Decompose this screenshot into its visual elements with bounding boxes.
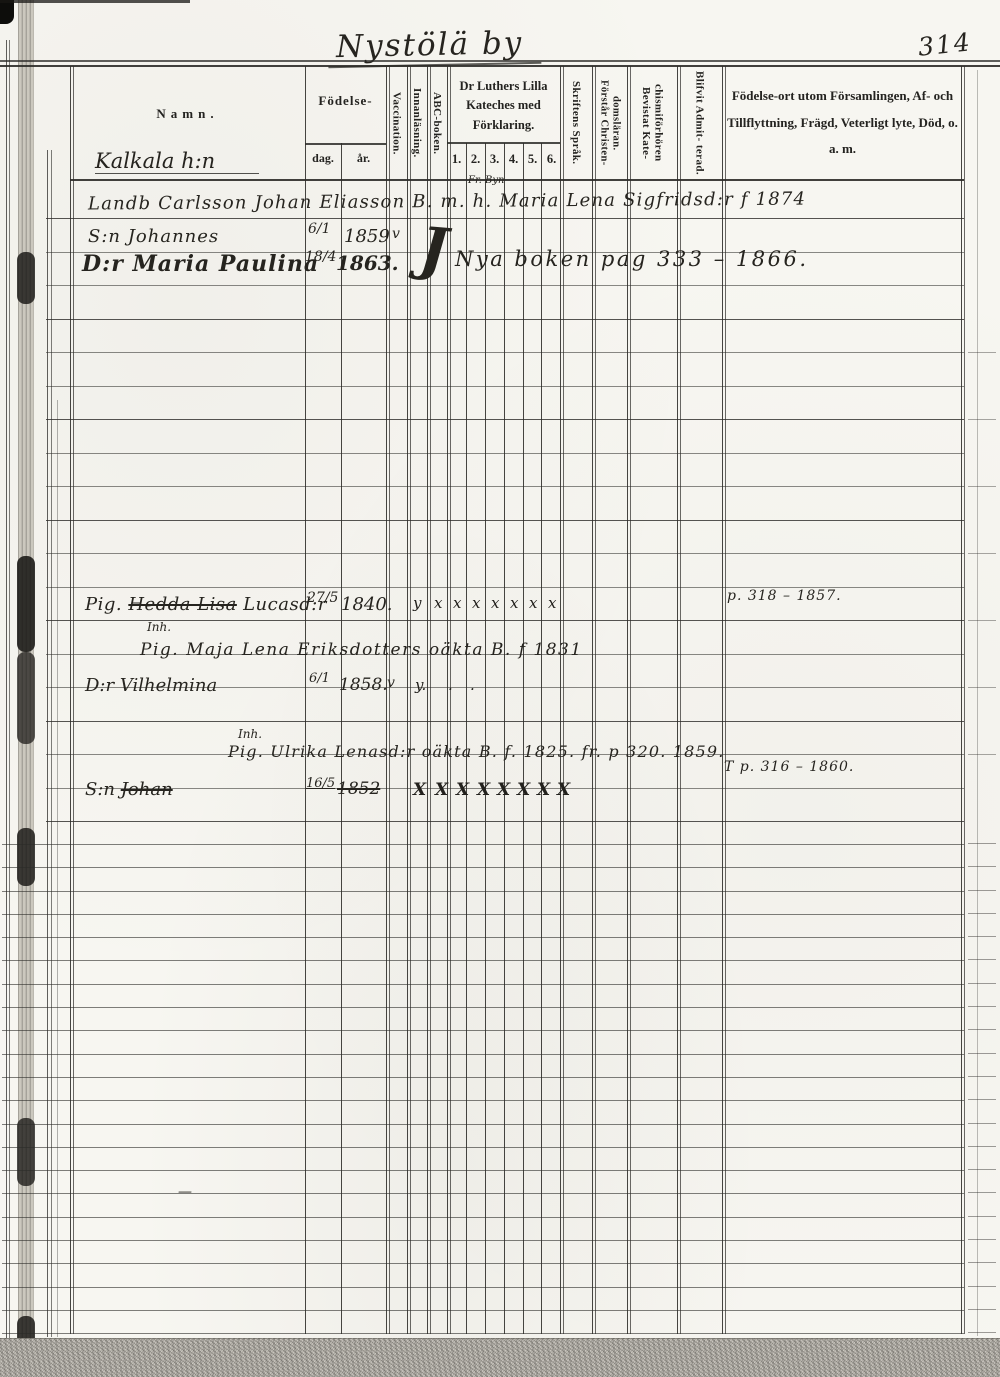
col-header-catechism: Dr Luthers Lilla Kateches med Förklaring… [447,77,560,135]
grid-hline [968,936,996,937]
binding-ink-blot [17,1118,35,1186]
stray-mark: — [178,1184,192,1200]
col-header-scripture: Skriftens Språk. [560,68,592,178]
entry-name: Pig. Maja Lena Eriksdotters oäkta B. f 1… [140,640,583,660]
grid-vline [47,150,48,1337]
grid-hline [968,1099,996,1100]
grade-mark: x [548,594,556,612]
entry-birth-year: 1840. [341,594,393,615]
grid-hline [2,1217,964,1218]
entry-name: D:r Maria Paulina [82,251,319,277]
catechism-col-number: 3. [485,152,504,167]
grid-vline [410,66,411,1334]
pen-flourish: J [418,219,450,279]
entry-birth-day: 16/5 [306,776,335,791]
entry-superscript-note: Fr. Byn [468,175,504,186]
grid-hline [968,890,996,891]
col-header-remarks: Födelse-ort utom Församlingen, Af- och T… [724,83,961,163]
grid-hline [70,179,964,181]
farm-name-entry: Kalkala h:n [95,149,259,174]
entry-birth-year: 1852 [337,779,380,799]
grid-hline [968,1262,996,1263]
grade-mark: X [477,780,490,800]
vaccination-mark: v [387,675,395,691]
grid-hline [46,620,964,621]
grid-hline [968,1006,996,1007]
col-header-attended: Bevistat Kate- chismiförhören [627,68,677,178]
grid-hline [968,1076,996,1077]
catechism-col-number: 2. [466,152,485,167]
grade-mark: x [453,594,461,612]
grid-vline [9,40,10,1340]
grade-mark: . [470,676,475,694]
grade-mark: X [435,780,448,800]
grid-vline [485,143,486,1334]
grid-hline [2,914,964,915]
grid-hline [968,1169,996,1170]
grade-mark: x [510,594,518,612]
grid-hline [968,1123,996,1124]
grade-mark: X [537,780,550,800]
grid-hline [968,553,996,554]
grid-hline [447,142,560,144]
entry-birth-day: 27/5 [307,590,338,606]
grid-hline [2,1310,964,1311]
status-abbrev: Inh. [147,620,171,634]
scan-streak [0,0,190,3]
col-header-admitted: Blifvit Admit- terad. [677,68,722,178]
grid-vline [447,66,448,1334]
entry-name: D:r Vilhelmina [85,675,217,696]
grid-hline [968,687,996,688]
entry-birth-day: 6/1 [309,671,330,686]
grid-vline [964,66,965,1334]
grid-hline [305,143,386,145]
grid-vline [70,66,71,1334]
grid-hline [2,1287,964,1288]
grid-vline [466,143,467,1334]
grid-hline [2,867,964,868]
grid-hline [0,65,1000,67]
grid-hline [968,1053,996,1054]
col-header-birth: Födelse- [305,93,386,109]
grid-hline [2,1193,964,1194]
status-abbrev: Inh. [238,727,262,741]
grade-mark: x [472,594,480,612]
col-header-birth-day: dag. [305,151,341,166]
grid-hline [968,1216,996,1217]
entry-name: S:n Johannes [88,226,219,247]
grid-hline [2,1007,964,1008]
scan-noise-band [0,1338,1000,1377]
grid-vline [407,66,408,1334]
entry-birth-year: 1863. [336,251,399,275]
grid-hline [46,218,964,219]
page-title: Nystölä by [328,25,542,68]
entry-name: Pig. Hedda Lisa Lucasd:r [85,594,327,615]
grid-hline [2,1030,964,1031]
binding-ink-blot [17,252,35,304]
grid-hline [2,844,964,845]
grid-hline [968,1286,996,1287]
grade-mark: X [517,780,530,800]
grid-hline [968,754,996,755]
catechism-col-number: 5. [523,152,542,167]
grade-mark: y. [415,676,426,694]
grid-hline [968,352,996,353]
binding-ink-blot [17,652,35,744]
entry-birth-day: 6/1 [308,221,331,237]
grid-hline [968,843,996,844]
entry-name-struck: Hedda Lisa [128,594,237,615]
grid-hline [968,1192,996,1193]
entry-note: Nya boken pag 333 – 1866. [455,247,809,271]
grid-hline [2,1240,964,1241]
grid-hline [968,1309,996,1310]
catechism-col-number: 1. [447,152,466,167]
page-ref-note: p. 318 – 1857. [727,588,842,604]
corner-ink-blot [0,0,14,24]
grid-hline [2,891,964,892]
grid-hline [2,1263,964,1264]
grid-vline [6,40,7,1340]
document-page: Nystölä by 314 Namn. Födelse- dag. år. V… [0,0,1000,1377]
entry-birth-day: 18/4 [305,249,336,265]
entry-name-struck: Johan [121,779,173,800]
col-header-name: Namn. [70,106,305,122]
grid-vline [523,143,524,1334]
grid-hline [2,1170,964,1171]
grid-hline [968,620,996,621]
grid-hline [2,1054,964,1055]
grade-mark: x [529,594,537,612]
grid-hline [46,453,964,454]
grid-vline [73,66,74,1334]
grid-hline [968,959,996,960]
grid-hline [2,1100,964,1101]
binding-ink-blot [17,828,35,886]
entry-name: S:n Johan [85,779,173,800]
grid-vline [541,143,542,1334]
grid-hline [968,866,996,867]
grid-vline [57,400,58,1337]
grade-mark: y [413,594,421,612]
grid-hline [46,285,964,286]
grade-mark: x [434,594,442,612]
grid-vline [450,66,451,1334]
binding-ink-blot [17,556,35,652]
grid-hline [968,983,996,984]
grid-hline [968,913,996,914]
grade-mark: X [456,780,469,800]
grid-hline [968,419,996,420]
grade-mark: X [413,780,426,800]
grid-hline [968,1146,996,1147]
grid-hline [2,1147,964,1148]
entry-birth-year: 1858. [339,675,388,695]
grid-hline [46,486,964,487]
col-header-understands: Förstår Christen- domsläran. [592,68,627,178]
grid-vline [341,143,342,1334]
grade-mark: x [491,594,499,612]
grid-hline [968,1029,996,1030]
grid-hline [46,721,964,722]
grid-hline [2,1333,964,1334]
grid-hline [46,386,964,387]
col-header-birth-year: år. [341,151,386,166]
catechism-col-number: 4. [504,152,523,167]
grade-mark: X [557,780,570,800]
grid-hline [0,60,1000,62]
grid-hline [46,319,964,320]
grid-hline [968,1332,996,1333]
grid-vline [961,66,962,1334]
grade-mark: X [497,780,510,800]
page-number: 314 [917,27,973,61]
entry-name-prefix: S:n [85,779,121,800]
grade-mark: . [448,676,453,694]
page-ref-note: T p. 316 – 1860. [724,759,854,775]
grid-hline [46,821,964,822]
grid-hline [2,984,964,985]
entry-birth-year: 1859 [344,226,390,247]
grid-hline [46,352,964,353]
entry-household-head: Landb Carlsson Johan Eliasson B. m. h. M… [88,188,806,214]
grid-hline [2,960,964,961]
grid-hline [46,419,964,420]
catechism-col-number: 6. [542,152,561,167]
grid-hline [2,1124,964,1125]
grid-hline [46,520,964,521]
grid-hline [968,1239,996,1240]
entry-name: Pig. Ulrika Lenasd:r oäkta B. f. 1825. f… [228,742,725,761]
grid-hline [2,937,964,938]
grid-vline [51,150,52,1337]
entry-name-prefix: Pig. [85,594,128,615]
grid-hline [46,553,964,554]
grid-vline [504,143,505,1334]
grid-hline [2,1077,964,1078]
grid-hline [968,486,996,487]
vaccination-mark: v [392,226,400,242]
